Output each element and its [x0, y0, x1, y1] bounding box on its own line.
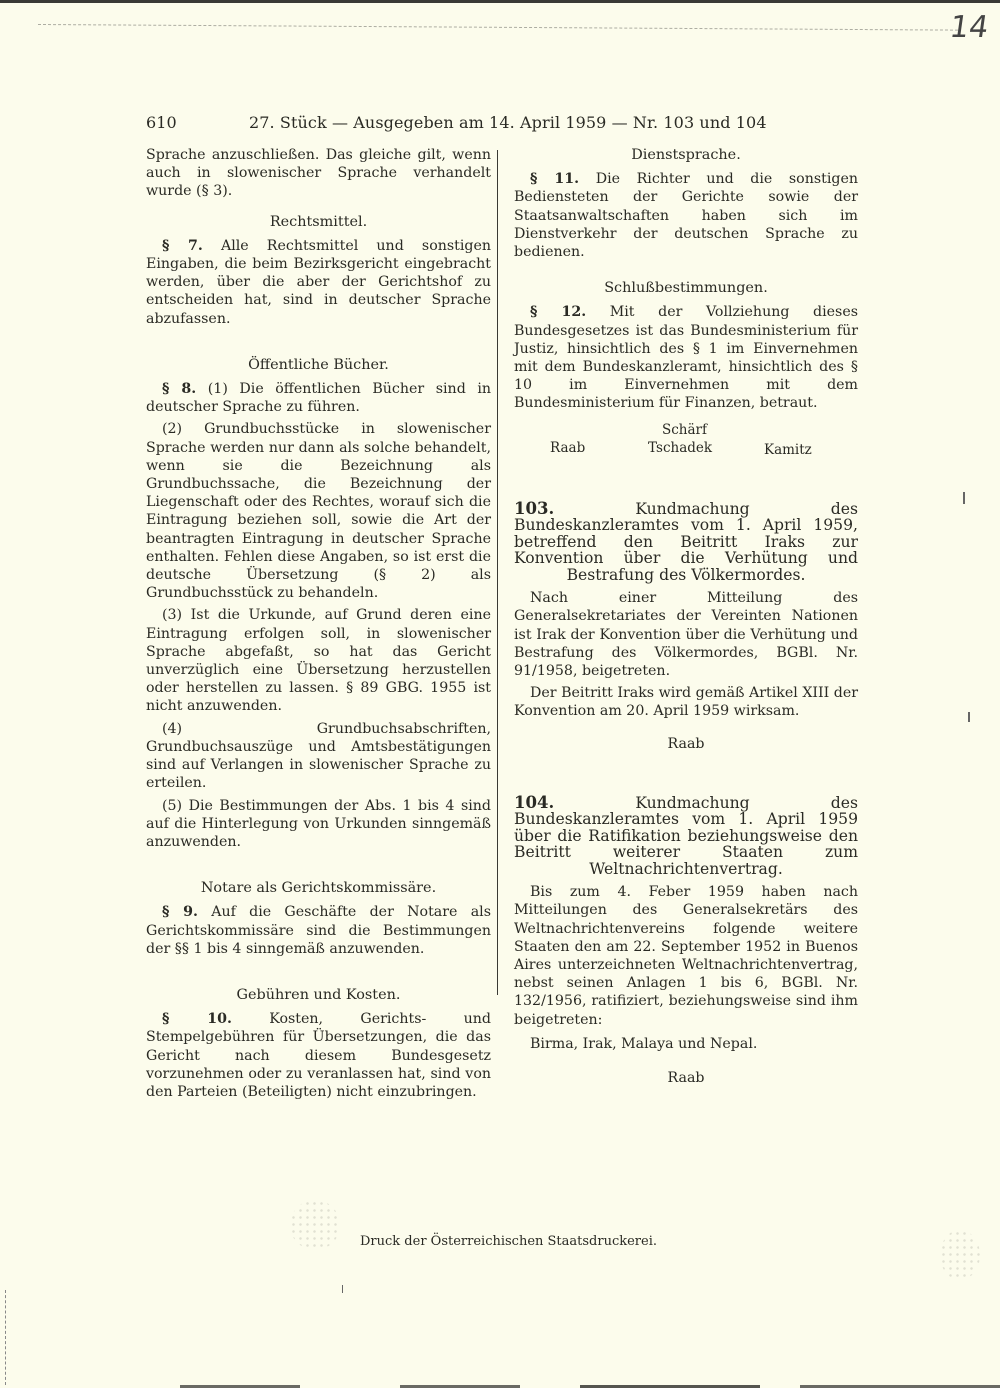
section-heading: Schlußbestimmungen.	[514, 279, 858, 297]
scan-top-edge	[0, 0, 1000, 3]
paragraph: Birma, Irak, Malaya und Nepal.	[514, 1035, 858, 1053]
notice-103-signature: Raab	[514, 735, 858, 753]
notice-103-title: 103. Kundmachung des Bundeskanzleramtes …	[514, 501, 858, 584]
printer-imprint: Druck der Österreichischen Staatsdrucker…	[360, 1234, 657, 1249]
paragraph: § 11. Die Richter und die sonstigen Bedi…	[514, 170, 858, 261]
scan-mark	[963, 492, 965, 504]
paragraph: (3) Ist die Urkunde, auf Grund deren ein…	[146, 606, 491, 715]
paragraph: § 10. Kosten, Gerichts- und Stempelgebüh…	[146, 1010, 491, 1101]
right-column: Dienstsprache. § 11. Die Richter und die…	[514, 146, 858, 1087]
handwritten-page-number: 14	[948, 10, 991, 45]
paragraph: § 7. Alle Rechtsmittel und sonstigen Ein…	[146, 237, 491, 328]
paragraph: § 12. Mit der Vollziehung dieses Bundesg…	[514, 303, 858, 412]
scan-mark	[968, 712, 970, 722]
paragraph: (5) Die Bestimmungen der Abs. 1 bis 4 si…	[146, 797, 491, 852]
paragraph: (4) Grundbuchsabschriften, Grundbuchsaus…	[146, 720, 491, 793]
scan-mark	[342, 1285, 343, 1293]
continuation-paragraph: Sprache anzuschließen. Das gleiche gilt,…	[146, 146, 491, 201]
section-heading: Gebühren und Kosten.	[146, 986, 491, 1004]
paragraph: Bis zum 4. Feber 1959 haben nach Mitteil…	[514, 883, 858, 1029]
paragraph: Nach einer Mitteilung des Generalsekreta…	[514, 589, 858, 680]
print-speckle	[290, 1200, 340, 1250]
section-heading: Dienstsprache.	[514, 146, 858, 164]
paragraph: § 9. Auf die Geschäfte der Notare als Ge…	[146, 903, 491, 958]
signature-block: Schärf Raab Tschadek Kamitz	[514, 421, 858, 465]
left-column: Sprache anzuschließen. Das gleiche gilt,…	[146, 146, 491, 1101]
paragraph: (2) Grundbuchsstücke in slowenischer Spr…	[146, 420, 491, 602]
running-title: 27. Stück — Ausgegeben am 14. April 1959…	[249, 113, 767, 132]
section-heading: Rechtsmittel.	[146, 213, 491, 231]
scan-left-edge	[5, 1290, 6, 1385]
section-heading: Öffentliche Bücher.	[146, 356, 491, 374]
column-divider	[497, 150, 498, 995]
signature-top: Schärf	[662, 421, 707, 439]
document-page: 14 610 27. Stück — Ausgegeben am 14. Apr…	[0, 0, 1000, 1388]
page-number: 610	[146, 113, 177, 132]
signature-left: Raab	[550, 439, 585, 457]
paragraph: § 8. (1) Die öffentlichen Bücher sind in…	[146, 380, 491, 416]
section-heading: Notare als Gerichtskommissäre.	[146, 879, 491, 897]
notice-104-title: 104. Kundmachung des Bundeskanzleramtes …	[514, 795, 858, 878]
notice-104-signature: Raab	[514, 1069, 858, 1087]
scan-artifact-line	[38, 24, 958, 31]
signature-middle: Tschadek	[648, 439, 712, 457]
signature-right: Kamitz	[764, 441, 812, 459]
paragraph: Der Beitritt Iraks wird gemäß Artikel XI…	[514, 684, 858, 720]
print-speckle	[940, 1230, 980, 1280]
